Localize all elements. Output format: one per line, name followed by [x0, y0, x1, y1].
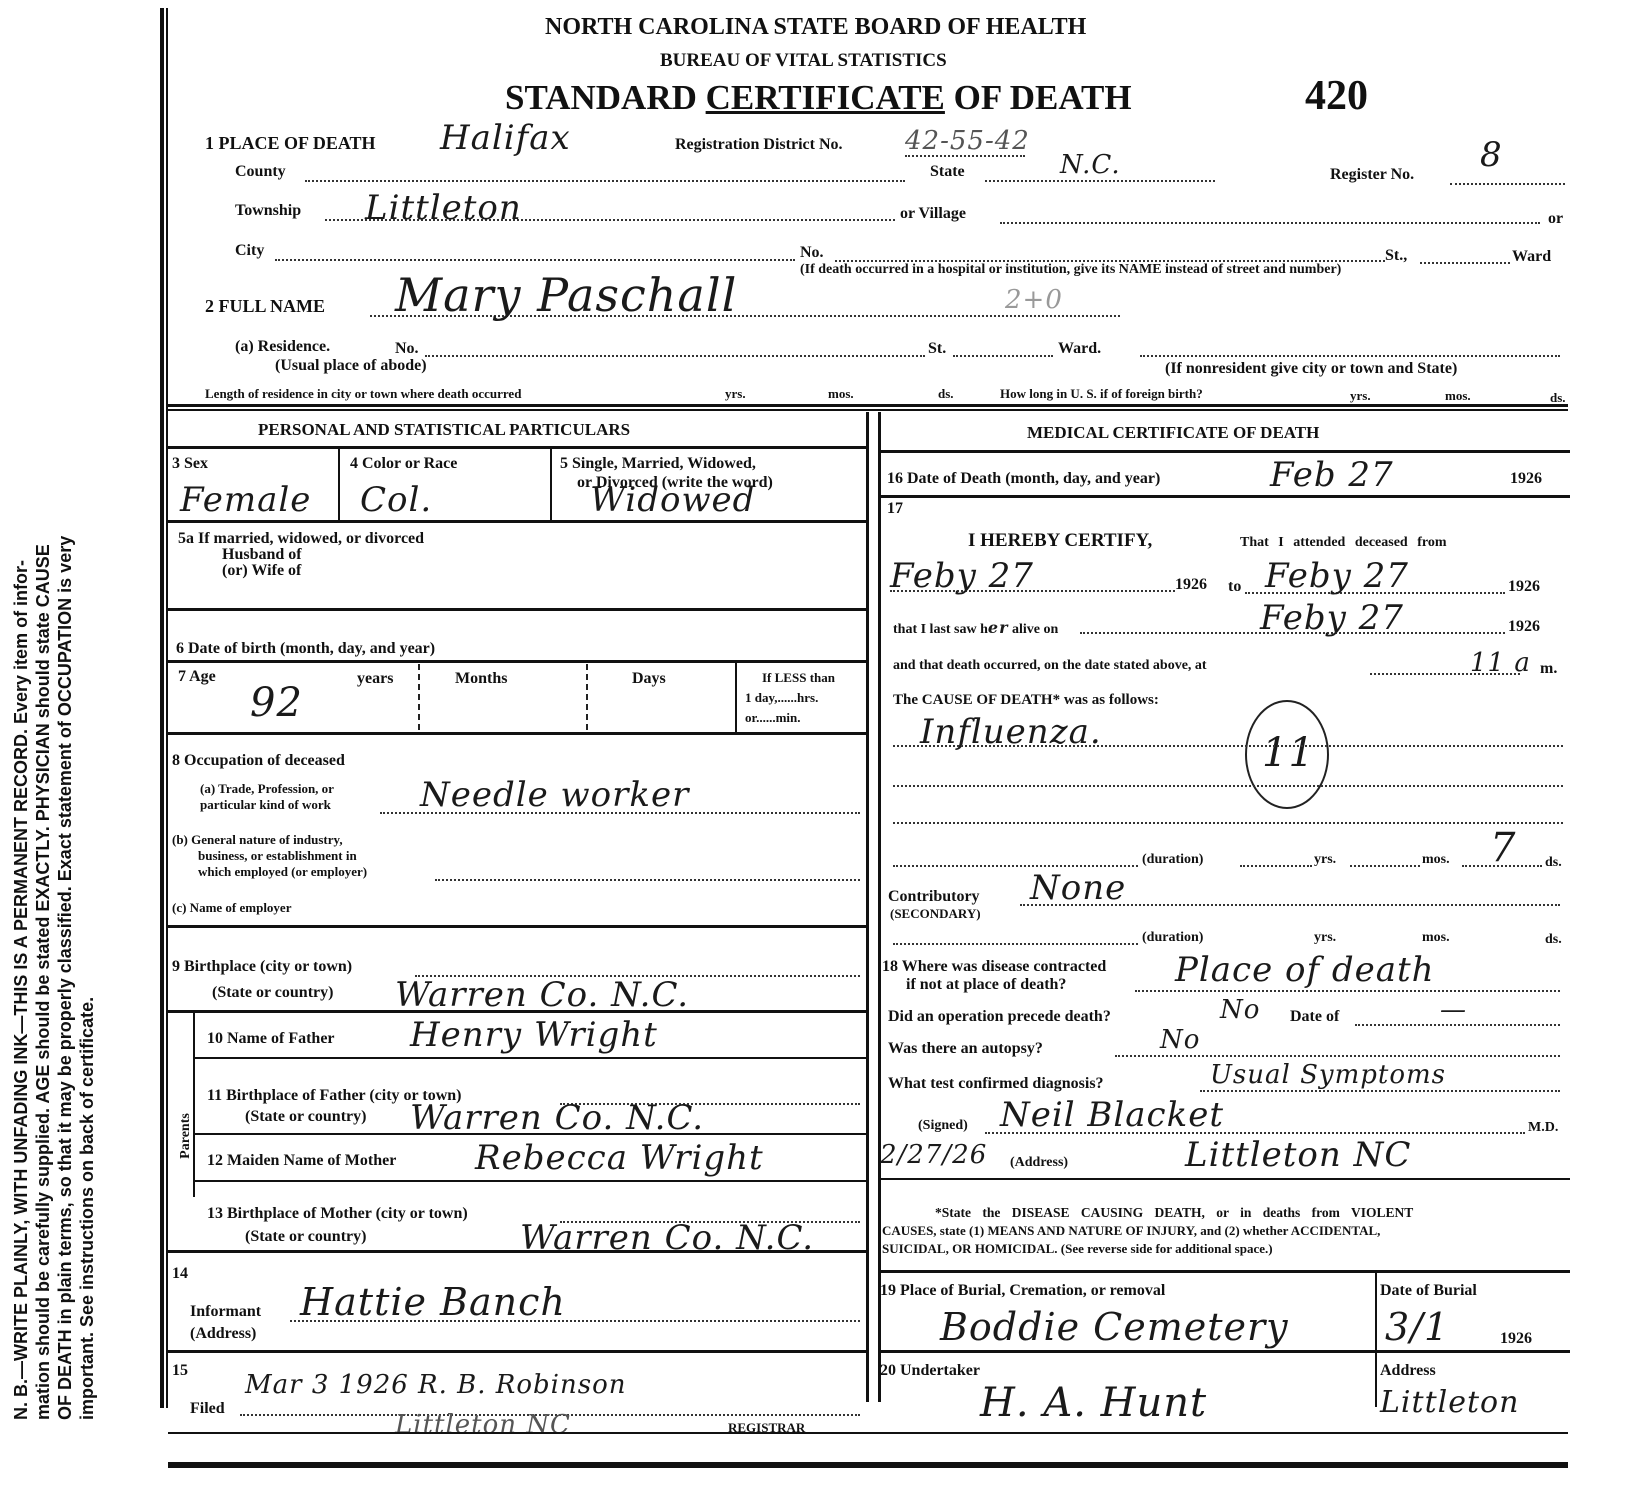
- contracted-label-2: if not at place of death?: [906, 976, 1066, 994]
- board-title: NORTH CAROLINA STATE BOARD OF HEALTH: [545, 14, 1086, 41]
- less-label-2: 1 day,......hrs.: [745, 690, 818, 706]
- secondary-label: (SECONDARY): [890, 906, 981, 922]
- operation-date-label: Date of: [1290, 1008, 1339, 1026]
- birthplace-value[interactable]: Warren Co. N.C.: [395, 975, 689, 1015]
- sex-label: 3 Sex: [172, 455, 208, 473]
- address-label: (Address): [1010, 1155, 1068, 1171]
- bureau-title: BUREAU OF VITAL STATISTICS: [660, 50, 947, 72]
- undertaker-value[interactable]: H. A. Hunt: [980, 1380, 1207, 1426]
- burial-year: 1926: [1500, 1330, 1532, 1348]
- signed-label: (Signed): [918, 1118, 968, 1134]
- state-label: State: [930, 163, 965, 181]
- industry-label-2: business, or establishment in: [198, 848, 357, 864]
- duration-label-2: (duration): [1142, 930, 1203, 946]
- operation-value[interactable]: No: [1220, 995, 1260, 1025]
- mother-name-value[interactable]: Rebecca Wright: [475, 1138, 764, 1178]
- residence-label: (a) Residence.: [235, 338, 330, 356]
- filed-value[interactable]: Mar 3 1926 R. B. Robinson: [245, 1370, 626, 1400]
- attended-to-value[interactable]: Feby 27: [1265, 556, 1409, 596]
- side-instructions: N. B.—WRITE PLAINLY, WITH UNFADING INK—T…: [10, 20, 98, 1420]
- undertaker-address-value[interactable]: Littleton: [1380, 1385, 1519, 1420]
- time-value[interactable]: 11 a: [1470, 648, 1531, 678]
- left-border-inner: [166, 8, 168, 1408]
- bottom-border: [168, 1462, 1568, 1468]
- full-name-value[interactable]: Mary Paschall: [395, 268, 737, 322]
- nonresident-note: (If nonresident give city or town and St…: [1165, 360, 1457, 378]
- side-note-line-1: N. B.—WRITE PLAINLY, WITH UNFADING INK—T…: [10, 20, 32, 1420]
- race-label: 4 Color or Race: [350, 455, 457, 473]
- undertaker-label: 20 Undertaker: [880, 1362, 980, 1380]
- duration-ds-1: ds.: [1545, 855, 1562, 871]
- mother-name-label: 12 Maiden Name of Mother: [207, 1152, 396, 1170]
- register-no-label: Register No.: [1330, 166, 1414, 184]
- filed-place: Littleton NC: [395, 1410, 571, 1440]
- age-value[interactable]: 92: [250, 680, 303, 726]
- residence-ward-label: Ward.: [1058, 340, 1101, 358]
- township-label: Township: [235, 202, 301, 220]
- length-mos: mos.: [828, 386, 854, 402]
- age-label: 7 Age: [178, 668, 216, 686]
- side-note-line-3: OF DEATH in plain terms, so that it may …: [54, 20, 76, 1420]
- full-name-label: 2 FULL NAME: [205, 296, 325, 317]
- hospital-note: (If death occurred in a hospital or inst…: [800, 262, 1341, 278]
- residence-no-label: No.: [395, 340, 419, 358]
- state-value[interactable]: N.C.: [1060, 150, 1121, 180]
- township-value[interactable]: Littleton: [365, 188, 522, 228]
- sex-value[interactable]: Female: [180, 480, 311, 520]
- place-of-death-label: 1 PLACE OF DEATH: [205, 133, 376, 154]
- residence-sub-label: (Usual place of abode): [275, 357, 427, 375]
- st-label: St.,: [1385, 247, 1407, 265]
- county-value[interactable]: Halifax: [440, 118, 571, 158]
- foreign-yrs: yrs.: [1350, 388, 1371, 404]
- medical-heading: MEDICAL CERTIFICATE OF DEATH: [1027, 423, 1319, 443]
- father-birthplace-value[interactable]: Warren Co. N.C.: [410, 1098, 704, 1138]
- informant-label: Informant: [190, 1303, 261, 1321]
- duration-mos-1: mos.: [1422, 852, 1450, 868]
- contracted-value[interactable]: Place of death: [1175, 950, 1435, 990]
- trade-label-2: particular kind of work: [200, 797, 331, 813]
- mother-birthplace-label: 13 Birthplace of Mother (city or town): [207, 1205, 468, 1223]
- less-label-3: or......min.: [745, 710, 801, 726]
- father-name-label: 10 Name of Father: [207, 1030, 335, 1048]
- reg-district-value[interactable]: 42-55-42: [905, 126, 1030, 156]
- register-no-value[interactable]: 8: [1480, 135, 1503, 175]
- reg-district-label: Registration District No.: [675, 136, 843, 154]
- age-months-label: Months: [455, 670, 507, 688]
- length-yrs: yrs.: [725, 386, 746, 402]
- certificate-title: STANDARD CERTIFICATE OF DEATH: [505, 78, 1132, 118]
- duration-ds-2: ds.: [1545, 932, 1562, 948]
- employer-label: (c) Name of employer: [172, 900, 291, 916]
- less-label-1: If LESS than: [762, 670, 835, 686]
- parents-label: Parents: [178, 1113, 194, 1159]
- contributory-value[interactable]: None: [1030, 868, 1126, 908]
- footnote-line-3: SUICIDAL, OR HOMICIDAL. (See reverse sid…: [882, 1241, 1273, 1257]
- autopsy-label: Was there an autopsy?: [888, 1040, 1043, 1058]
- county-label: County: [235, 163, 286, 181]
- informant-number: 14: [172, 1265, 188, 1283]
- contributory-label: Contributory: [888, 888, 980, 906]
- filed-label: Filed: [190, 1400, 225, 1418]
- industry-label-3: which employed (or employer): [198, 864, 367, 880]
- death-year: 1926: [1510, 470, 1542, 488]
- cause-label: The CAUSE OF DEATH* was as follows:: [893, 692, 1159, 709]
- duration-mos-2: mos.: [1422, 930, 1450, 946]
- mother-stamp: 2/27/26: [880, 1140, 987, 1170]
- operation-date-value[interactable]: —: [1440, 995, 1467, 1025]
- foreign-label: How long in U. S. if of foreign birth?: [1000, 386, 1203, 402]
- no-label: No.: [800, 244, 824, 262]
- burial-date-value[interactable]: 3/1: [1385, 1305, 1449, 1349]
- contracted-label-1: 18 Where was disease contracted: [882, 958, 1106, 976]
- industry-label-1: (b) General nature of industry,: [172, 832, 343, 848]
- marital-label-1: 5 Single, Married, Widowed,: [560, 455, 756, 473]
- birthplace-state-label: (State or country): [212, 984, 333, 1002]
- occurred-label: and that death occurred, on the date sta…: [893, 658, 1207, 674]
- operation-label: Did an operation precede death?: [888, 1008, 1111, 1026]
- village-label: or Village: [900, 205, 966, 223]
- test-value[interactable]: Usual Symptoms: [1210, 1060, 1446, 1090]
- duration-yrs-2: yrs.: [1314, 930, 1336, 946]
- filed-number: 15: [172, 1362, 188, 1380]
- duration-yrs-1: yrs.: [1314, 852, 1336, 868]
- age-years-label: years: [357, 670, 393, 688]
- city-label: City: [235, 242, 264, 260]
- attended-label: That I attended deceased from: [1240, 535, 1447, 551]
- personal-heading: PERSONAL AND STATISTICAL PARTICULARS: [258, 420, 630, 440]
- md-label: M.D.: [1528, 1120, 1558, 1136]
- last-saw-year: 1926: [1508, 618, 1540, 636]
- age-days-label: Days: [632, 670, 666, 688]
- signed-value[interactable]: Neil Blacket: [1000, 1095, 1224, 1135]
- father-state-label: (State or country): [245, 1108, 366, 1126]
- attended-from-year: 1926: [1175, 576, 1207, 594]
- undertaker-address-label: Address: [1380, 1362, 1436, 1380]
- address-value[interactable]: Littleton NC: [1185, 1135, 1411, 1175]
- spouse-label-3: (or) Wife of: [222, 562, 301, 580]
- length-ds: ds.: [938, 386, 954, 402]
- informant-value[interactable]: Hattie Banch: [300, 1280, 566, 1324]
- mother-state-label: (State or country): [245, 1228, 366, 1246]
- burial-place-label: 19 Place of Burial, Cremation, or remova…: [880, 1282, 1165, 1300]
- foreign-mos: mos.: [1445, 388, 1471, 404]
- autopsy-value[interactable]: No: [1160, 1025, 1200, 1055]
- side-note-line-4: important. See instructions on back of c…: [76, 20, 98, 1420]
- race-value[interactable]: Col.: [360, 480, 432, 520]
- birthplace-label: 9 Birthplace (city or town): [172, 958, 352, 976]
- column-divider: [866, 412, 869, 1402]
- burial-place-value[interactable]: Boddie Cemetery: [940, 1305, 1289, 1349]
- marital-value[interactable]: Widowed: [590, 480, 755, 520]
- trade-value[interactable]: Needle worker: [420, 775, 689, 815]
- trade-label-1: (a) Trade, Profession, or: [200, 781, 334, 797]
- length-residence-label: Length of residence in city or town wher…: [205, 386, 521, 402]
- informant-address-label: (Address): [190, 1325, 256, 1343]
- duration-days-value[interactable]: 7: [1490, 825, 1516, 871]
- footnote-line-1: *State the DISEASE CAUSING DEATH, or in …: [935, 1205, 1413, 1221]
- or-label: or: [1548, 210, 1563, 228]
- certify-label: I HEREBY CERTIFY,: [968, 530, 1152, 552]
- burial-date-label: Date of Burial: [1380, 1282, 1477, 1300]
- birth-date-label: 6 Date of birth (month, day, and year): [176, 640, 435, 658]
- cert-number: 17: [887, 500, 903, 518]
- occupation-label: 8 Occupation of deceased: [172, 752, 345, 770]
- to-label: to: [1228, 578, 1241, 596]
- footnote-line-2: CAUSES, state (1) MEANS AND NATURE OF IN…: [882, 1223, 1380, 1239]
- side-note-line-2: mation should be carefully supplied. AGE…: [32, 20, 54, 1420]
- duration-label-1: (duration): [1142, 852, 1203, 868]
- ward-label: Ward: [1512, 248, 1551, 266]
- father-name-value[interactable]: Henry Wright: [410, 1015, 658, 1055]
- full-name-annotation: 2+0: [1005, 285, 1063, 315]
- test-label: What test confirmed diagnosis?: [888, 1075, 1104, 1093]
- residence-st-label: St.: [928, 340, 946, 358]
- cause-code: 11: [1262, 730, 1315, 776]
- left-border: [160, 8, 164, 1408]
- certificate-number: 420: [1305, 72, 1368, 120]
- last-saw-label: that I last saw her alive on: [893, 618, 1058, 638]
- last-saw-value[interactable]: Feby 27: [1260, 598, 1404, 638]
- attended-from-value[interactable]: Feby 27: [890, 556, 1034, 596]
- time-suffix: m.: [1540, 660, 1557, 678]
- death-date-label: 16 Date of Death (month, day, and year): [887, 470, 1160, 488]
- death-date-value[interactable]: Feb 27: [1270, 455, 1394, 495]
- attended-to-year: 1926: [1508, 578, 1540, 596]
